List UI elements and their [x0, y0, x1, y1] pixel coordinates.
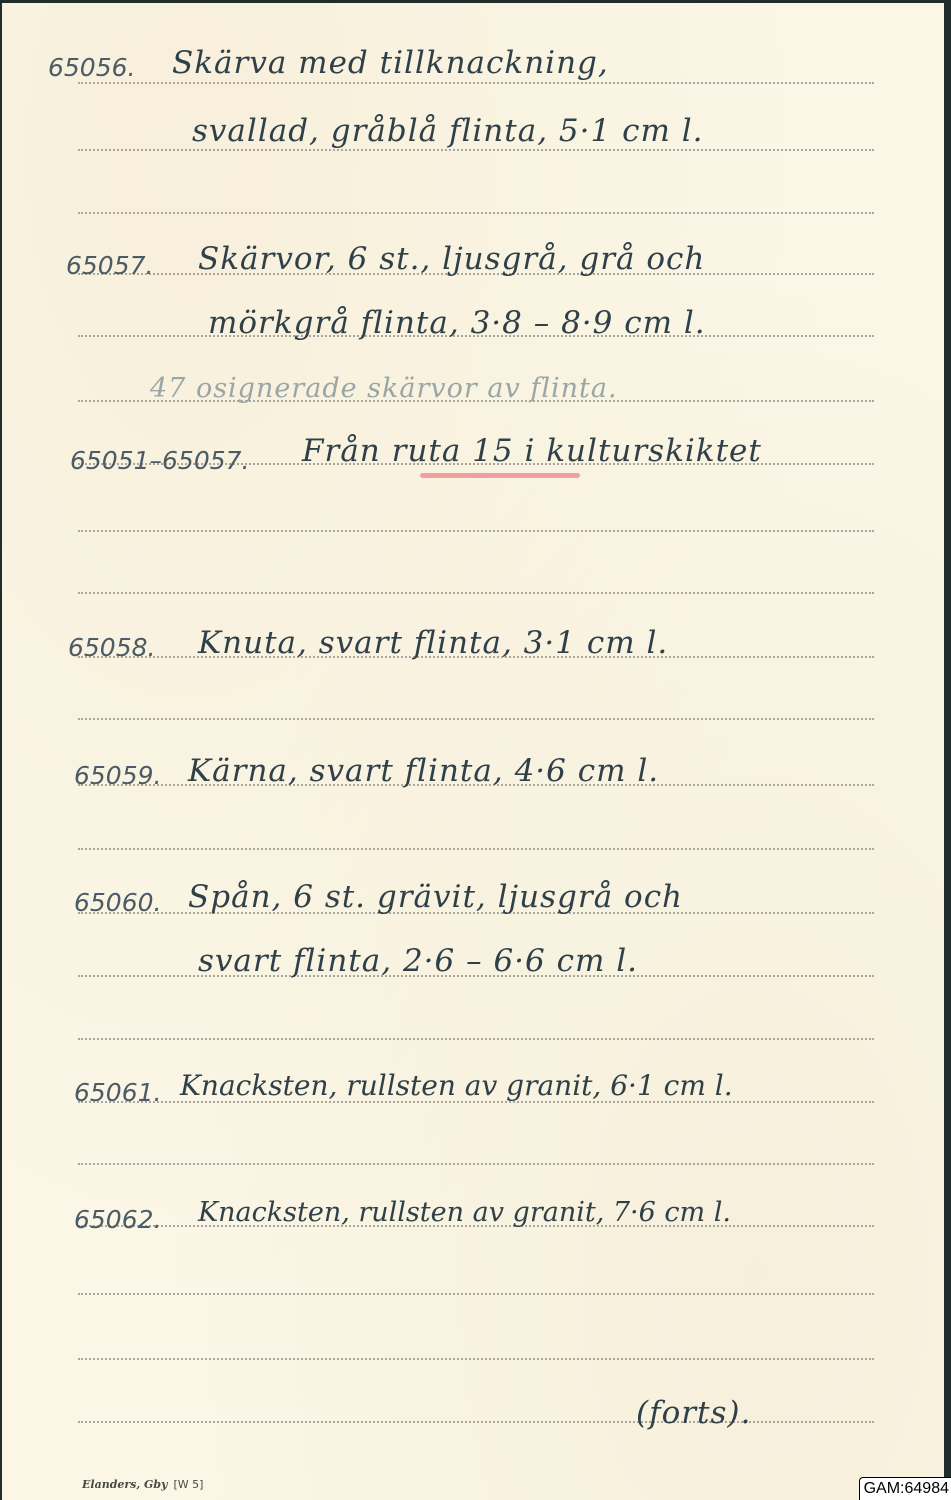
printer-imprint: Elanders, Gby[W 5] [82, 1478, 203, 1491]
entry-number: 65058. [68, 633, 155, 662]
catalog-id-label: GAM:64984 [859, 1477, 951, 1500]
ruled-line [78, 718, 874, 720]
entry-description: Knuta, svart flinta, 3·1 cm l. [198, 625, 668, 661]
printer-code: [W 5] [174, 1478, 204, 1491]
ruled-line [78, 149, 874, 151]
entry-number: 65056. [48, 53, 135, 82]
printer-name: Elanders, Gby [82, 1478, 168, 1491]
entry-number: 65059. [74, 761, 161, 790]
entry-description: svallad, gråblå flinta, 5·1 cm l. [192, 113, 703, 149]
ruled-line [78, 82, 874, 84]
entry-number: 65057. [66, 251, 153, 280]
ruled-line [78, 1421, 874, 1423]
ruled-line [78, 1038, 874, 1040]
pencil-note: 47 osignerade skärvor av flinta. [150, 373, 618, 404]
ruled-line [78, 1293, 874, 1295]
entry-description: Skärvor, 6 st., ljusgrå, grå och [198, 241, 705, 277]
entry-description: svart flinta, 2·6 – 6·6 cm l. [198, 943, 638, 979]
entry-description: Knacksten, rullsten av granit, 7·6 cm l. [198, 1197, 731, 1228]
ruled-line [78, 848, 874, 850]
ruled-line [78, 212, 874, 214]
entry-number-range: 65051–65057. [70, 446, 250, 475]
ruled-line [78, 530, 874, 532]
entry-description: Knacksten, rullsten av granit, 6·1 cm l. [180, 1069, 733, 1102]
entry-description: mörkgrå flinta, 3·8 – 8·9 cm l. [208, 305, 706, 341]
entry-description: Skärva med tillknackning, [172, 45, 609, 81]
ruled-line [78, 592, 874, 594]
continuation-note: (forts). [636, 1395, 751, 1431]
entry-description: Kärna, svart flinta, 4·6 cm l. [188, 753, 659, 789]
red-underline-mark [420, 473, 580, 478]
entry-description: Från ruta 15 i kulturskiktet [302, 433, 762, 469]
entry-number: 65061. [74, 1078, 161, 1107]
entry-number: 65060. [74, 888, 161, 917]
ruled-line [78, 1358, 874, 1360]
ruled-line [78, 1163, 874, 1165]
catalog-card: 65056. Skärva med tillknackning, svallad… [2, 3, 944, 1500]
entry-description: Spån, 6 st. grävit, ljusgrå och [188, 879, 683, 915]
entry-number: 65062. [74, 1205, 161, 1234]
